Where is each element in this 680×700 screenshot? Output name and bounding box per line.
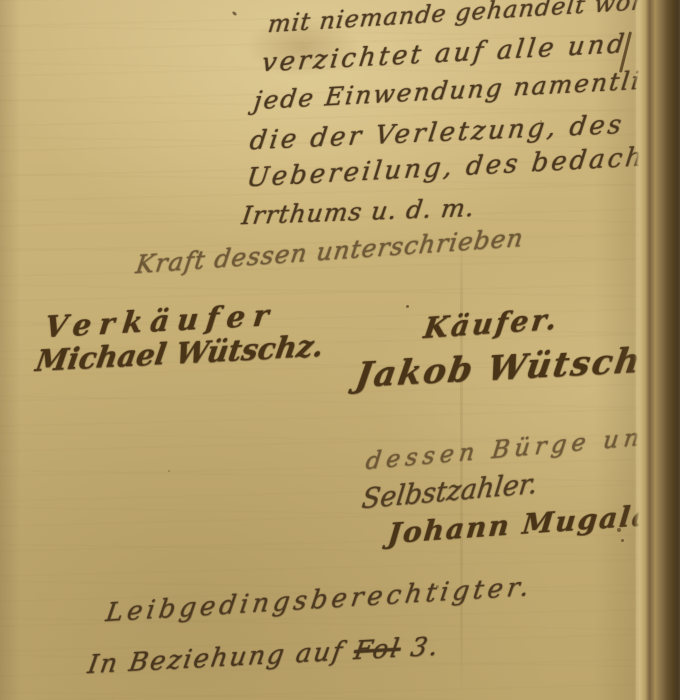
bottom-note-2-suffix: 3. bbox=[398, 631, 442, 663]
paper-speck bbox=[436, 585, 439, 588]
struck-word: Fol bbox=[352, 633, 403, 666]
page-curve-shadow bbox=[594, 0, 636, 700]
paper-speck bbox=[406, 305, 409, 308]
manuscript-photo: mit niemande gehandelt wor verzichtet au… bbox=[0, 0, 680, 700]
paper-speck bbox=[168, 470, 170, 472]
paper-speck bbox=[540, 120, 542, 122]
book-page-edge-binding bbox=[634, 0, 680, 700]
